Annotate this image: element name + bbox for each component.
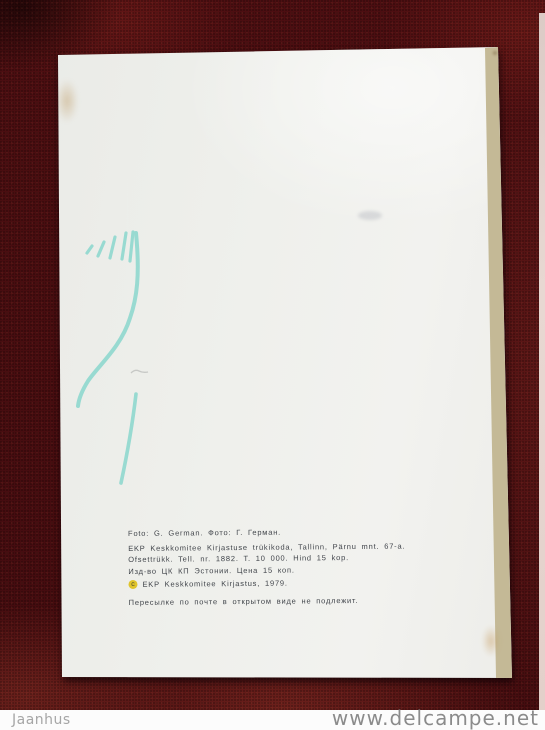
imprint-postal-rule: Пересылке по почте в открытом виде не по… (129, 596, 359, 607)
photo-of-postcard-back: Foto: G. German. Фото: Г. Герман. EKP Ke… (0, 0, 545, 730)
watermark-bar: Jaanhus www.delcampe.net (0, 710, 545, 730)
postcard-shadow-wrap: Foto: G. German. Фото: Г. Герман. EKP Ke… (0, 0, 545, 730)
imprint-copyright-line: c EKP Keskkomitee Kirjastus, 1979. (128, 579, 287, 589)
copyright-icon: c (128, 580, 137, 589)
collector-watermark: Jaanhus (12, 712, 71, 728)
teal-crayon-drawing (0, 0, 545, 730)
postcard-back: Foto: G. German. Фото: Г. Герман. EKP Ke… (0, 0, 545, 730)
crayon-lower-line (121, 394, 136, 483)
site-watermark: www.delcampe.net (332, 706, 539, 730)
imprint-print-details: Ofsettrükk. Tell. nr. 1882. T. 10 000. H… (128, 553, 349, 564)
imprint-printer: EKP Keskkomitee Kirjastuse trükikoda, Ta… (128, 542, 405, 553)
imprint-copyright-text: EKP Keskkomitee Kirjastus, 1979. (142, 579, 287, 589)
crayon-hatch-marks (87, 232, 133, 261)
imprint-photo-credit: Foto: G. German. Фото: Г. Герман. (128, 528, 281, 538)
imprint-block: Foto: G. German. Фото: Г. Герман. EKP Ke… (128, 526, 459, 615)
imprint-publisher: Изд-во ЦК КП Эстонии. Цена 15 коп. (128, 566, 294, 576)
gray-smudge (131, 370, 148, 373)
